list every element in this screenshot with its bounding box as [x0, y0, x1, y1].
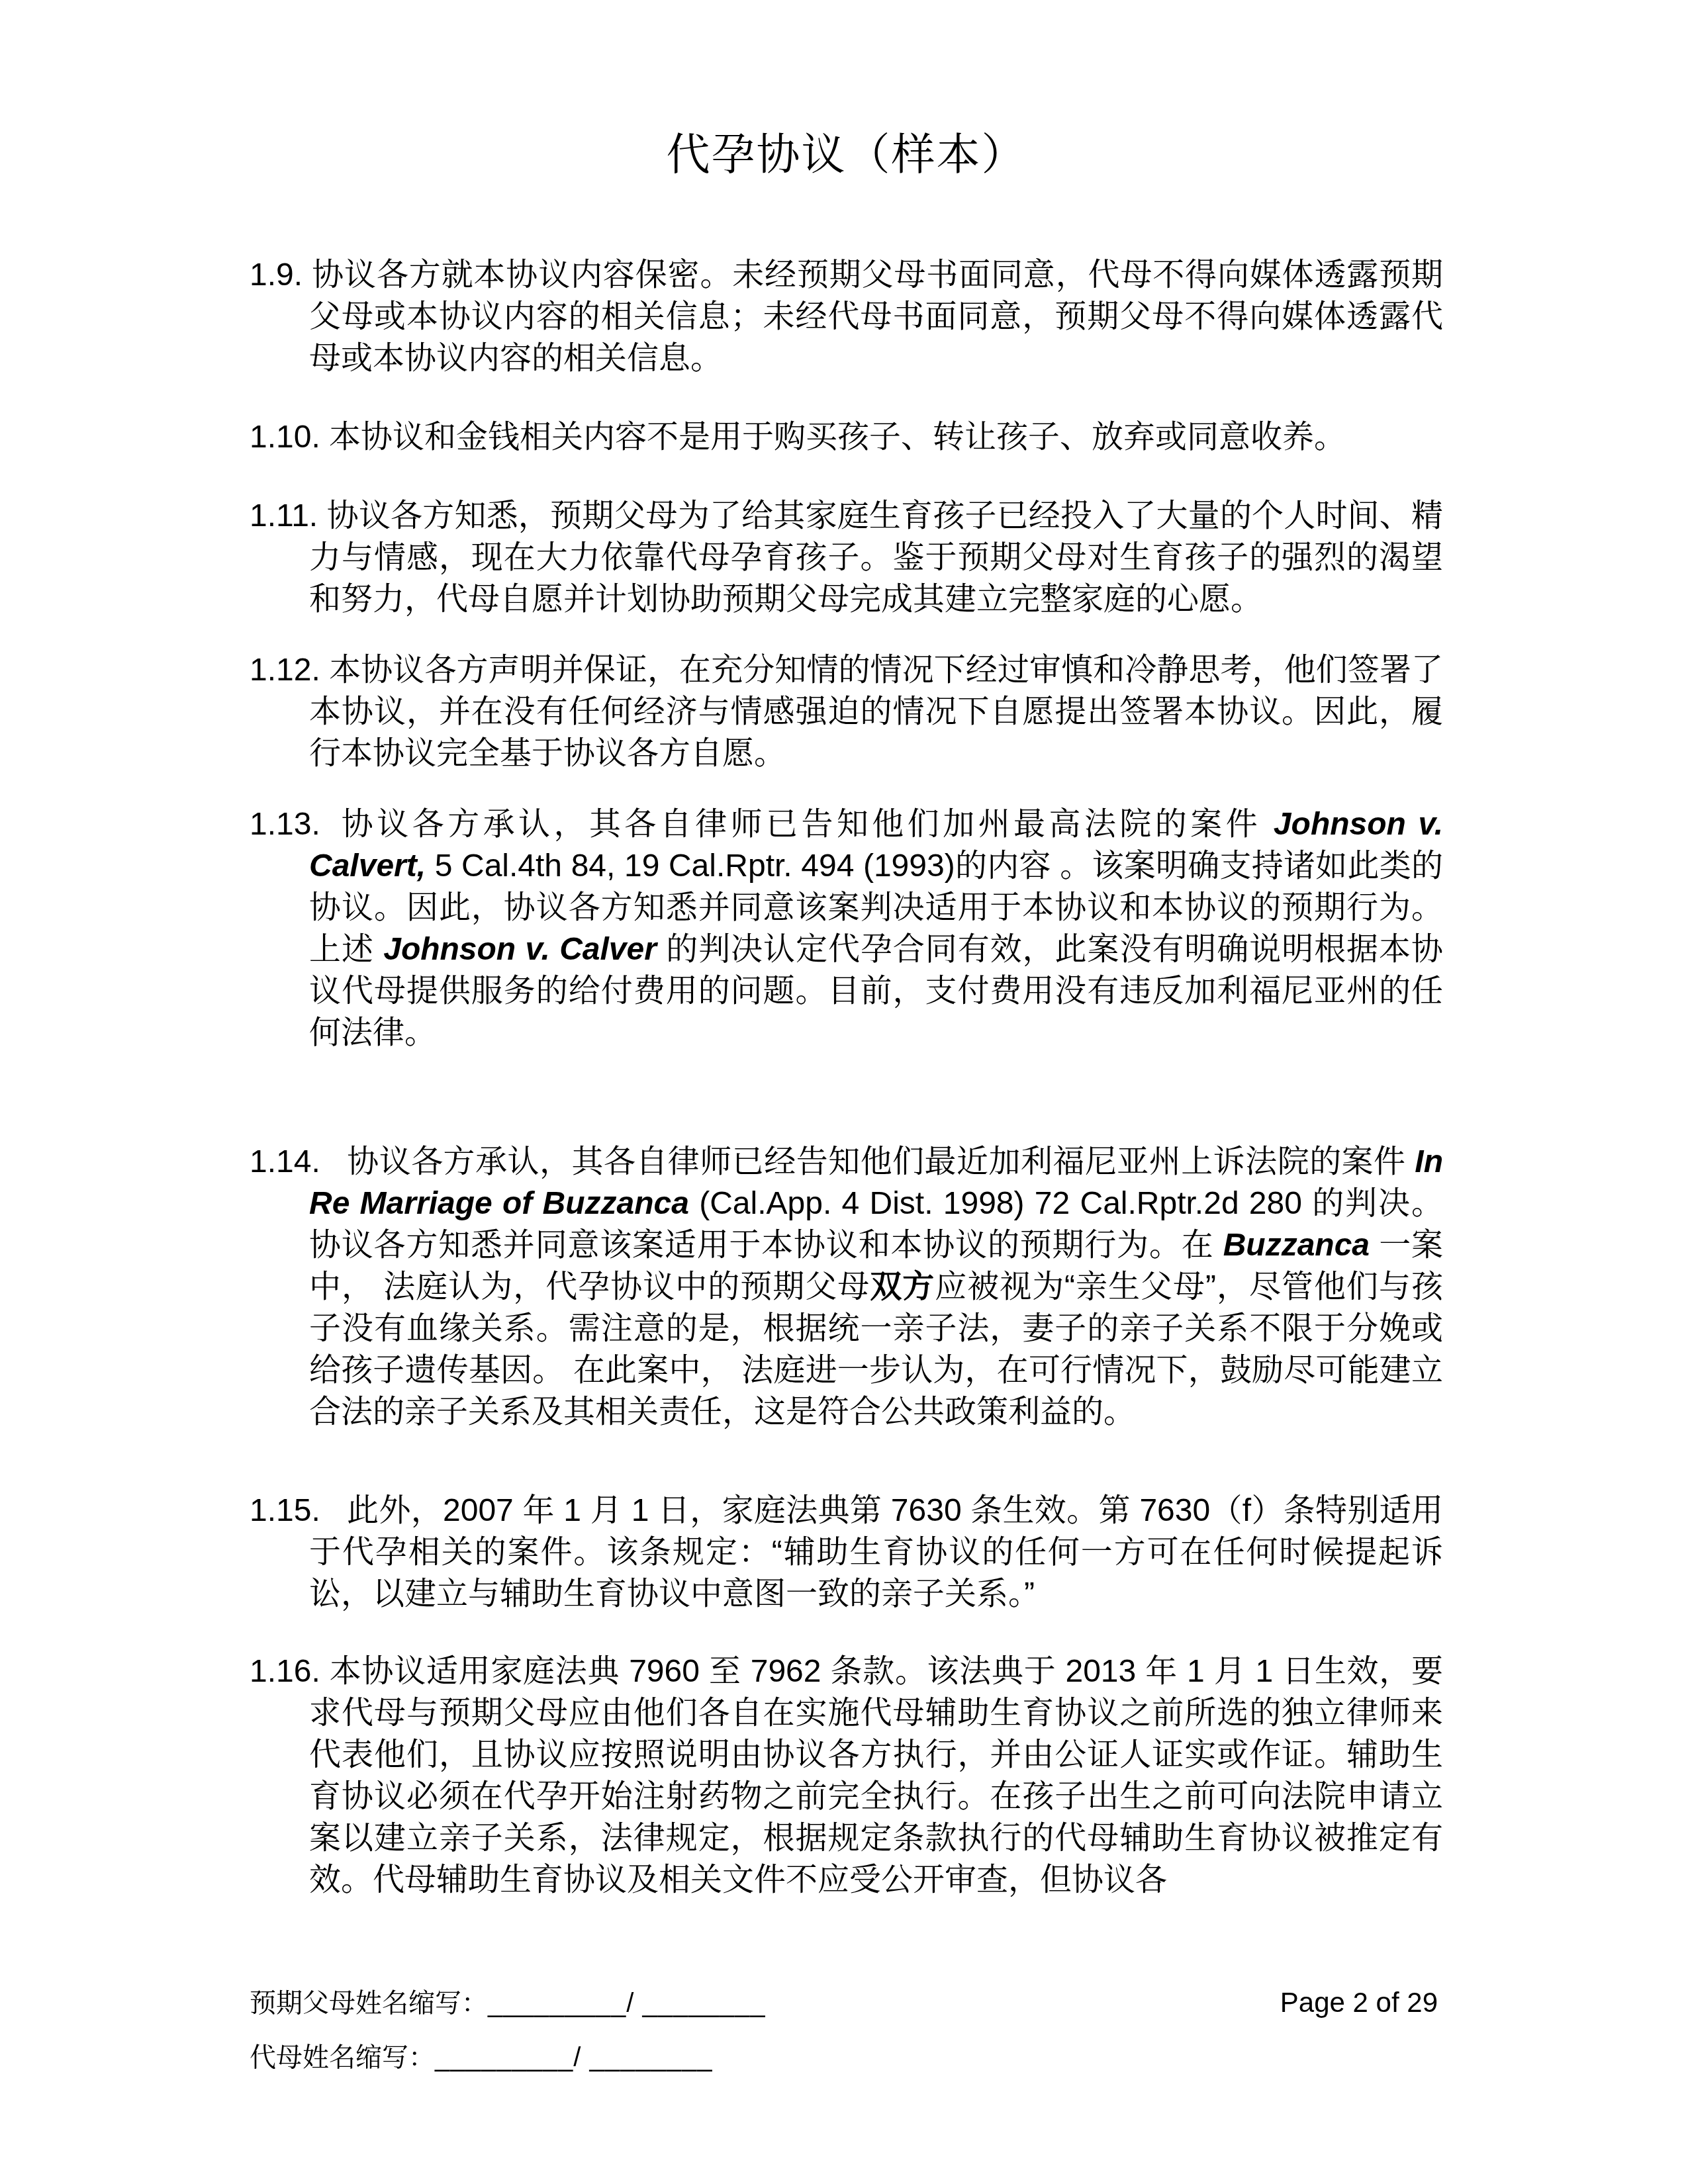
clause-1.12: 1.12. 本协议各方声明并保证，在充分知情的情况下经过审慎和冷静思考，他们签署…	[250, 649, 1443, 774]
clauses-list: 1.9. 协议各方就本协议内容保密。未经预期父母书面同意，代母不得向媒体透露预期…	[250, 254, 1443, 1901]
clause-number: 1.11.	[250, 495, 327, 537]
clause-text-segment: 本协议适用家庭法典 7960 至 7962 条款。该法典于 2013 年 1 月…	[309, 1654, 1443, 1897]
clause-1.11: 1.11. 协议各方知悉，预期父母为了给其家庭生育孩子已经投入了大量的个人时间、…	[250, 495, 1443, 620]
clause-number: 1.13.	[250, 803, 338, 845]
footer-row-surrogate: 代母姓名缩写：_________/ ________	[250, 2031, 1438, 2084]
clause-text-segment: 协议各方就本协议内容保密。未经预期父母书面同意，代母不得向媒体透露预期父母或本协…	[309, 257, 1443, 376]
page-footer: 预期父母姓名缩写：_________/ ________ Page 2 of 2…	[250, 1976, 1438, 2084]
intended-parents-initials-label: 预期父母姓名缩写：	[250, 1989, 488, 2018]
clause-text-segment: 协议各方知悉，预期父母为了给其家庭生育孩子已经投入了大量的个人时间、精力与情感，…	[309, 498, 1443, 617]
clause-number: 1.15.	[250, 1490, 347, 1531]
clause-1.16: 1.16. 本协议适用家庭法典 7960 至 7962 条款。该法典于 2013…	[250, 1651, 1443, 1901]
clause-1.9: 1.9. 协议各方就本协议内容保密。未经预期父母书面同意，代母不得向媒体透露预期…	[250, 254, 1443, 379]
clause-number: 1.14.	[250, 1141, 347, 1183]
clause-1.14: 1.14. 协议各方承认，其各自律师已经告知他们最近加利福尼亚州上诉法院的案件 …	[250, 1141, 1443, 1433]
document-title: 代孕协议（样本）	[250, 127, 1443, 181]
clause-emphasis-segment: 双方	[870, 1269, 935, 1304]
surrogate-initials-line: 代母姓名缩写：_________/ ________	[250, 2031, 712, 2084]
clause-emphasis-segment: Johnson v. Calver	[383, 932, 657, 967]
clause-text-segment: 本协议各方声明并保证，在充分知情的情况下经过审慎和冷静思考，他们签署了本协议，并…	[309, 653, 1443, 771]
clause-text-segment: 协议各方承认，其各自律师已告知他们加州最高法院的案件	[338, 807, 1273, 842]
surrogate-initials-blank: _________/ ________	[435, 2043, 712, 2072]
clause-number: 1.16.	[250, 1651, 329, 1692]
document-page: 代孕协议（样本） 1.9. 协议各方就本协议内容保密。未经预期父母书面同意，代母…	[0, 0, 1688, 2184]
intended-parents-initials-blank: _________/ ________	[488, 1989, 765, 2018]
clause-text-segment: 协议各方承认，其各自律师已经告知他们最近加利福尼亚州上诉法院的案件	[347, 1144, 1415, 1179]
clause-text-segment: 本协议和金钱相关内容不是用于购买孩子、转让孩子、放弃或同意收养。	[329, 420, 1346, 455]
intended-parents-initials-line: 预期父母姓名缩写：_________/ ________	[250, 1977, 765, 2030]
surrogate-initials-label: 代母姓名缩写：	[250, 2043, 435, 2072]
clause-text-segment: 此外，2007 年 1 月 1 日，家庭法典第 7630 条生效。第 7630（…	[309, 1493, 1443, 1612]
footer-row-intended-parents: 预期父母姓名缩写：_________/ ________ Page 2 of 2…	[250, 1976, 1438, 2030]
clause-1.13: 1.13. 协议各方承认，其各自律师已告知他们加州最高法院的案件 Johnson…	[250, 803, 1443, 1054]
clause-1.10: 1.10. 本协议和金钱相关内容不是用于购买孩子、转让孩子、放弃或同意收养。	[250, 416, 1443, 458]
clause-emphasis-segment: Buzzanca	[1223, 1228, 1370, 1263]
clause-number: 1.12.	[250, 649, 329, 691]
clause-number: 1.10.	[250, 416, 329, 458]
clause-number: 1.9.	[250, 254, 311, 296]
clause-1.15: 1.15. 此外，2007 年 1 月 1 日，家庭法典第 7630 条生效。第…	[250, 1490, 1443, 1615]
page-number: Page 2 of 29	[1280, 1976, 1438, 2029]
